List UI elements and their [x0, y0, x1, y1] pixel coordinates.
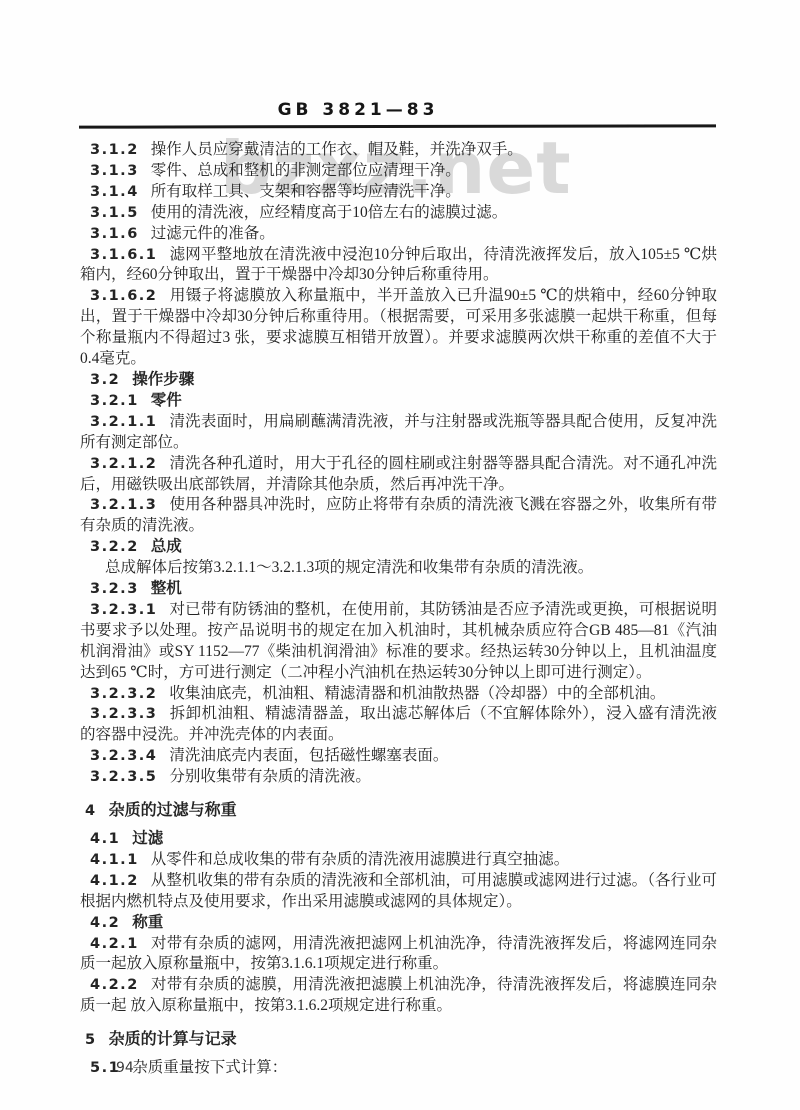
clause-text: 分别收集带有杂质的清洗液。: [169, 768, 371, 785]
clause-text: 杂质的计算与记录: [109, 1031, 237, 1048]
section-heading: 4.1过滤: [80, 829, 717, 850]
clause-number: 4.1.2: [90, 873, 139, 889]
paragraph: 3.2.1.3使用各种器具冲洗时，应防止将带有杂质的清洗液飞溅在容器之外，收集所…: [80, 495, 717, 537]
clause-number: 4.2: [90, 915, 120, 931]
paragraph: 5.1杂质重量按下式计算：: [80, 1058, 717, 1079]
clause-text: 杂质重量按下式计算：: [132, 1059, 287, 1076]
clause-text: 所有取样工具、支架和容器等均应清洗干净。: [151, 183, 461, 200]
clause-text: 使用的清洗液，应经精度高于10倍左右的滤膜过滤。: [151, 204, 508, 221]
paragraph: 4.1.2从整机收集的带有杂质的清洗液和全部机油，可用滤膜或滤网进行过滤。（各行…: [80, 871, 717, 913]
paragraph: 3.2.1.1清洗表面时，用扁刷蘸满清洗液，并与注射器或洗瓶等器具配合使用，反复…: [80, 412, 717, 454]
paragraph: 4.2.1对带有杂质的滤网，用清洗液把滤网上机油洗净，待清洗液挥发后，将滤网连同…: [80, 934, 717, 976]
clause-text: 称重: [132, 914, 163, 931]
clause-number: 3.1.6: [90, 226, 139, 242]
section-heading: 4.2称重: [80, 913, 717, 934]
paragraph: 3.2.3.5分别收集带有杂质的清洗液。: [80, 767, 717, 788]
clause-text: 清洗油底壳内表面，包括磁性螺塞表面。: [169, 747, 448, 764]
clause-number: 3.1.4: [90, 184, 139, 200]
clause-text: 拆卸机油粗、精滤清器盖，取出滤芯解体后（不宜解体除外），浸入盛有清洗液的容器中浸…: [80, 705, 717, 743]
clause-number: 3.2.1.1: [90, 414, 157, 430]
paragraph: 3.1.6过滤元件的准备。: [80, 224, 717, 245]
clause-number: 3.2.2: [90, 539, 139, 555]
clause-number: 4.2.1: [90, 936, 139, 952]
paragraph: 3.1.5使用的清洗液，应经精度高于10倍左右的滤膜过滤。: [80, 203, 717, 224]
clause-text: 对带有杂质的滤膜，用清洗液把滤膜上机油洗净，待清洗液挥发后，将滤膜连同杂质一起 …: [80, 976, 717, 1014]
clause-number: 3.2.3.2: [90, 686, 157, 702]
paragraph: 3.1.6.1滤网平整地放在清洗液中浸泡10分钟后取出，待清洗液挥发后，放入10…: [80, 245, 717, 287]
clause-text: 过滤元件的准备。: [151, 225, 275, 242]
chapter-heading: 5杂质的计算与记录: [80, 1030, 717, 1051]
clause-text: 过滤: [132, 830, 163, 847]
clause-number: 4.2.2: [90, 977, 139, 993]
clause-text: 总成: [151, 538, 182, 555]
clause-text: 从整机收集的带有杂质的清洗液和全部机油，可用滤膜或滤网进行过滤。（各行业可根据内…: [80, 872, 717, 910]
paragraph: 3.2.1.2清洗各种孔道时，用大于孔径的圆柱刷或注射器等器具配合清洗。对不通孔…: [80, 454, 717, 496]
paragraph: 3.1.6.2用镊子将滤膜放入称量瓶中，半开盖放入已升温90±5 ℃的烘箱中，经…: [80, 286, 717, 370]
clause-text: 清洗表面时，用扁刷蘸满清洗液，并与注射器或洗瓶等器具配合使用，反复冲洗所有测定部…: [80, 413, 717, 451]
paragraph: 3.2.3.4清洗油底壳内表面，包括磁性螺塞表面。: [80, 746, 717, 767]
clause-number: 3.2.1.2: [90, 456, 157, 472]
scanned-document-page: bzxz.net GB 3821—83 3.1.2操作人员应穿戴清洁的工作衣、帽…: [0, 0, 800, 1110]
clause-number: 4.1: [90, 831, 120, 847]
paragraph: 3.1.2操作人员应穿戴清洁的工作衣、帽及鞋，并洗净双手。: [80, 140, 717, 161]
clause-number: 3.1.5: [90, 205, 139, 221]
page-number: 94: [116, 1060, 134, 1076]
clause-number: 3.1.2: [90, 142, 139, 158]
clause-text: 收集油底壳，机油粗、精滤清器和机油散热器（冷却器）中的全部机油。: [169, 685, 665, 702]
clause-number: 3.2.1: [90, 393, 139, 409]
paragraph: 4.1.1从零件和总成收集的带有杂质的清洗液用滤膜进行真空抽滤。: [80, 850, 717, 871]
clause-text: 对已带有防锈油的整机，在使用前，其防锈油是否应予清洗或更换，可根据说明书要求予以…: [80, 601, 717, 681]
clause-number: 4.1.1: [90, 852, 139, 868]
paragraph: 4.2.2对带有杂质的滤膜，用清洗液把滤膜上机油洗净，待清洗液挥发后，将滤膜连同…: [80, 975, 717, 1017]
document-body: 3.1.2操作人员应穿戴清洁的工作衣、帽及鞋，并洗净双手。3.1.3零件、总成和…: [80, 140, 717, 1079]
clause-text: 总成解体后按第3.2.1.1～3.2.1.3项的规定清洗和收集带有杂质的清洗液。: [105, 559, 593, 576]
paragraph: 3.2.3.2收集油底壳，机油粗、精滤清器和机油散热器（冷却器）中的全部机油。: [80, 684, 717, 705]
clause-number: 3.2.3.3: [90, 706, 157, 722]
clause-text: 从零件和总成收集的带有杂质的清洗液用滤膜进行真空抽滤。: [151, 851, 570, 868]
clause-number: 3.1.3: [90, 163, 139, 179]
clause-text: 清洗各种孔道时，用大于孔径的圆柱刷或注射器等器具配合清洗。对不通孔冲洗后，用磁铁…: [80, 455, 717, 493]
clause-text: 整机: [151, 580, 182, 597]
clause-text: 操作人员应穿戴清洁的工作衣、帽及鞋，并洗净双手。: [151, 141, 523, 158]
clause-number: 3.2.3: [90, 581, 139, 597]
clause-number: 3.2.1.3: [90, 497, 157, 513]
clause-text: 使用各种器具冲洗时，应防止将带有杂质的清洗液飞溅在容器之外，收集所有带有杂质的清…: [80, 496, 717, 534]
standard-code-header: GB 3821—83: [0, 100, 716, 120]
paragraph: 3.2.3.1对已带有防锈油的整机，在使用前，其防锈油是否应予清洗或更换，可根据…: [80, 600, 717, 684]
clause-text: 操作步骤: [132, 371, 194, 388]
section-heading: 3.2.2总成: [80, 537, 717, 558]
clause-number: 3.2: [90, 372, 120, 388]
paragraph: 3.1.4所有取样工具、支架和容器等均应清洗干净。: [80, 182, 717, 203]
section-heading: 3.2操作步骤: [80, 370, 717, 391]
section-heading: 3.2.3整机: [80, 579, 717, 600]
clause-text: 对带有杂质的滤网，用清洗液把滤网上机油洗净，待清洗液挥发后，将滤网连同杂质一起放…: [80, 935, 717, 973]
clause-text: 滤网平整地放在清洗液中浸泡10分钟后取出，待清洗液挥发后，放入105±5 ℃烘箱…: [80, 246, 717, 284]
clause-text: 用镊子将滤膜放入称量瓶中，半开盖放入已升温90±5 ℃的烘箱中，经60分钟取出，…: [80, 287, 717, 367]
section-heading: 3.2.1零件: [80, 391, 717, 412]
clause-number: 3.2.3.4: [90, 748, 157, 764]
clause-number: 3.2.3.5: [90, 769, 157, 785]
clause-number: 4: [85, 803, 97, 819]
clause-number: 3.2.3.1: [90, 602, 157, 618]
chapter-heading: 4杂质的过滤与称重: [80, 801, 717, 822]
paragraph: 总成解体后按第3.2.1.1～3.2.1.3项的规定清洗和收集带有杂质的清洗液。: [80, 558, 717, 579]
clause-text: 杂质的过滤与称重: [109, 802, 237, 819]
paragraph: 3.1.3零件、总成和整机的非测定部位应清理干净。: [80, 161, 717, 182]
clause-number: 3.1.6.1: [90, 247, 157, 263]
clause-text: 零件、总成和整机的非测定部位应清理干净。: [151, 162, 461, 179]
clause-text: 零件: [151, 392, 182, 409]
clause-number: 5: [85, 1032, 97, 1048]
paragraph: 3.2.3.3拆卸机油粗、精滤清器盖，取出滤芯解体后（不宜解体除外），浸入盛有清…: [80, 704, 717, 746]
clause-number: 3.1.6.2: [90, 288, 157, 304]
